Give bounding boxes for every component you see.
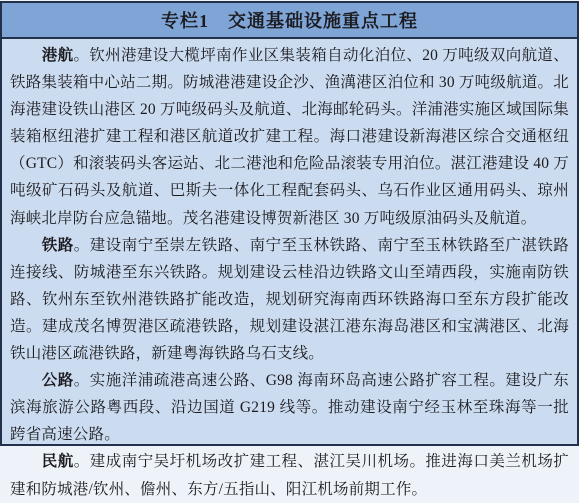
paragraph-railway: 铁路。建设南宁至崇左铁路、南宁至玉林铁路、南宁至玉林铁路至广湛铁路连接线、防城港… — [10, 232, 569, 367]
paragraph-highway-text: 。实施洋浦疏港高速公路、G98 海南环岛高速公路扩容工程。建设广东滨海旅游公路粤… — [10, 372, 569, 443]
infobox-panel: 专栏1 交通基础设施重点工程 港航。钦州港建设大榄坪南作业区集装箱自动化泊位、2… — [0, 1, 579, 446]
panel-title: 专栏1 交通基础设施重点工程 — [161, 7, 418, 33]
paragraph-ports-shipping-label: 港航 — [42, 47, 74, 64]
paragraph-railway-text: 。建设南宁至崇左铁路、南宁至玉林铁路、南宁至玉林铁路至广湛铁路连接线、防城港至东… — [10, 237, 569, 362]
panel-header: 专栏1 交通基础设施重点工程 — [2, 3, 577, 39]
paragraph-highway-label: 公路 — [42, 372, 74, 389]
paragraph-railway-label: 铁路 — [42, 237, 74, 254]
paragraph-highway: 公路。实施洋浦疏港高速公路、G98 海南环岛高速公路扩容工程。建设广东滨海旅游公… — [10, 367, 569, 447]
paragraph-ports-shipping-text: 。钦州港建设大榄坪南作业区集装箱自动化泊位、20 万吨级双向航道、铁路集装箱中心… — [10, 47, 569, 227]
panel-body: 港航。钦州港建设大榄坪南作业区集装箱自动化泊位、20 万吨级双向航道、铁路集装箱… — [2, 39, 577, 447]
paragraph-ports-shipping: 港航。钦州港建设大榄坪南作业区集装箱自动化泊位、20 万吨级双向航道、铁路集装箱… — [10, 42, 569, 232]
